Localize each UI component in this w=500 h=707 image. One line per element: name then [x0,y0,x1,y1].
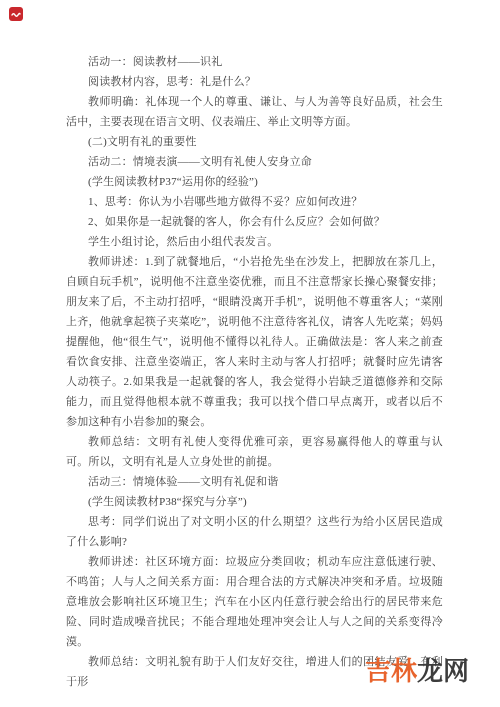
watermark: 吉林龙网 [365,656,469,686]
paragraph: 学生小组讨论，然后由小组代表发言。 [66,232,443,252]
paragraph: 教师讲述：1.到了就餐地后，“小岩抢先坐在沙发上，把脚放在茶几上，自顾自玩手机”… [66,252,443,432]
watermark-text-primary: 吉林 [365,656,417,686]
paragraph: 教师总结：文明有礼使人变得优雅可亲，更容易赢得他人的尊重与认可。所以，文明有礼是… [66,432,443,472]
paragraph: 思考：同学们说出了对文明小区的什么期望？这些行为给小区居民造成了什么影响? [66,512,443,552]
paragraph: 活动二：情境表演——文明有礼使人安身立命 [66,152,443,172]
paragraph: (学生阅读教材P37“运用你的经验”) [66,172,443,192]
watermark-text-secondary: 龙网 [417,656,469,686]
stamp-squiggle-icon [11,9,21,19]
paragraph: 活动三：情境体验——文明有礼促和谐 [66,472,443,492]
paragraph: 教师明确：礼体现一个人的尊重、谦让、与人为善等良好品质，社会生活中，主要表现在语… [66,92,443,132]
paragraph: 2、如果你是一起就餐的客人，你会有什么反应？会如何做？ [66,212,443,232]
red-stamp-icon [9,7,23,21]
lesson-plan-text: 活动一：阅读教材——识礼阅读教材内容，思考：礼是什么？教师明确：礼体现一个人的尊… [66,52,443,692]
document-page: 活动一：阅读教材——识礼阅读教材内容，思考：礼是什么？教师明确：礼体现一个人的尊… [0,0,500,707]
paragraph: 教师讲述：社区环境方面：垃圾应分类回收；机动车应注意低速行驶、不鸣笛；人与人之间… [66,552,443,652]
paragraph: (学生阅读教材P38“探究与分享”) [66,492,443,512]
paragraph: (二)文明有礼的重要性 [66,132,443,152]
paragraph: 阅读教材内容，思考：礼是什么？ [66,72,443,92]
paragraph: 1、思考：你认为小岩哪些地方做得不妥？应如何改进？ [66,192,443,212]
paragraph: 活动一：阅读教材——识礼 [66,52,443,72]
